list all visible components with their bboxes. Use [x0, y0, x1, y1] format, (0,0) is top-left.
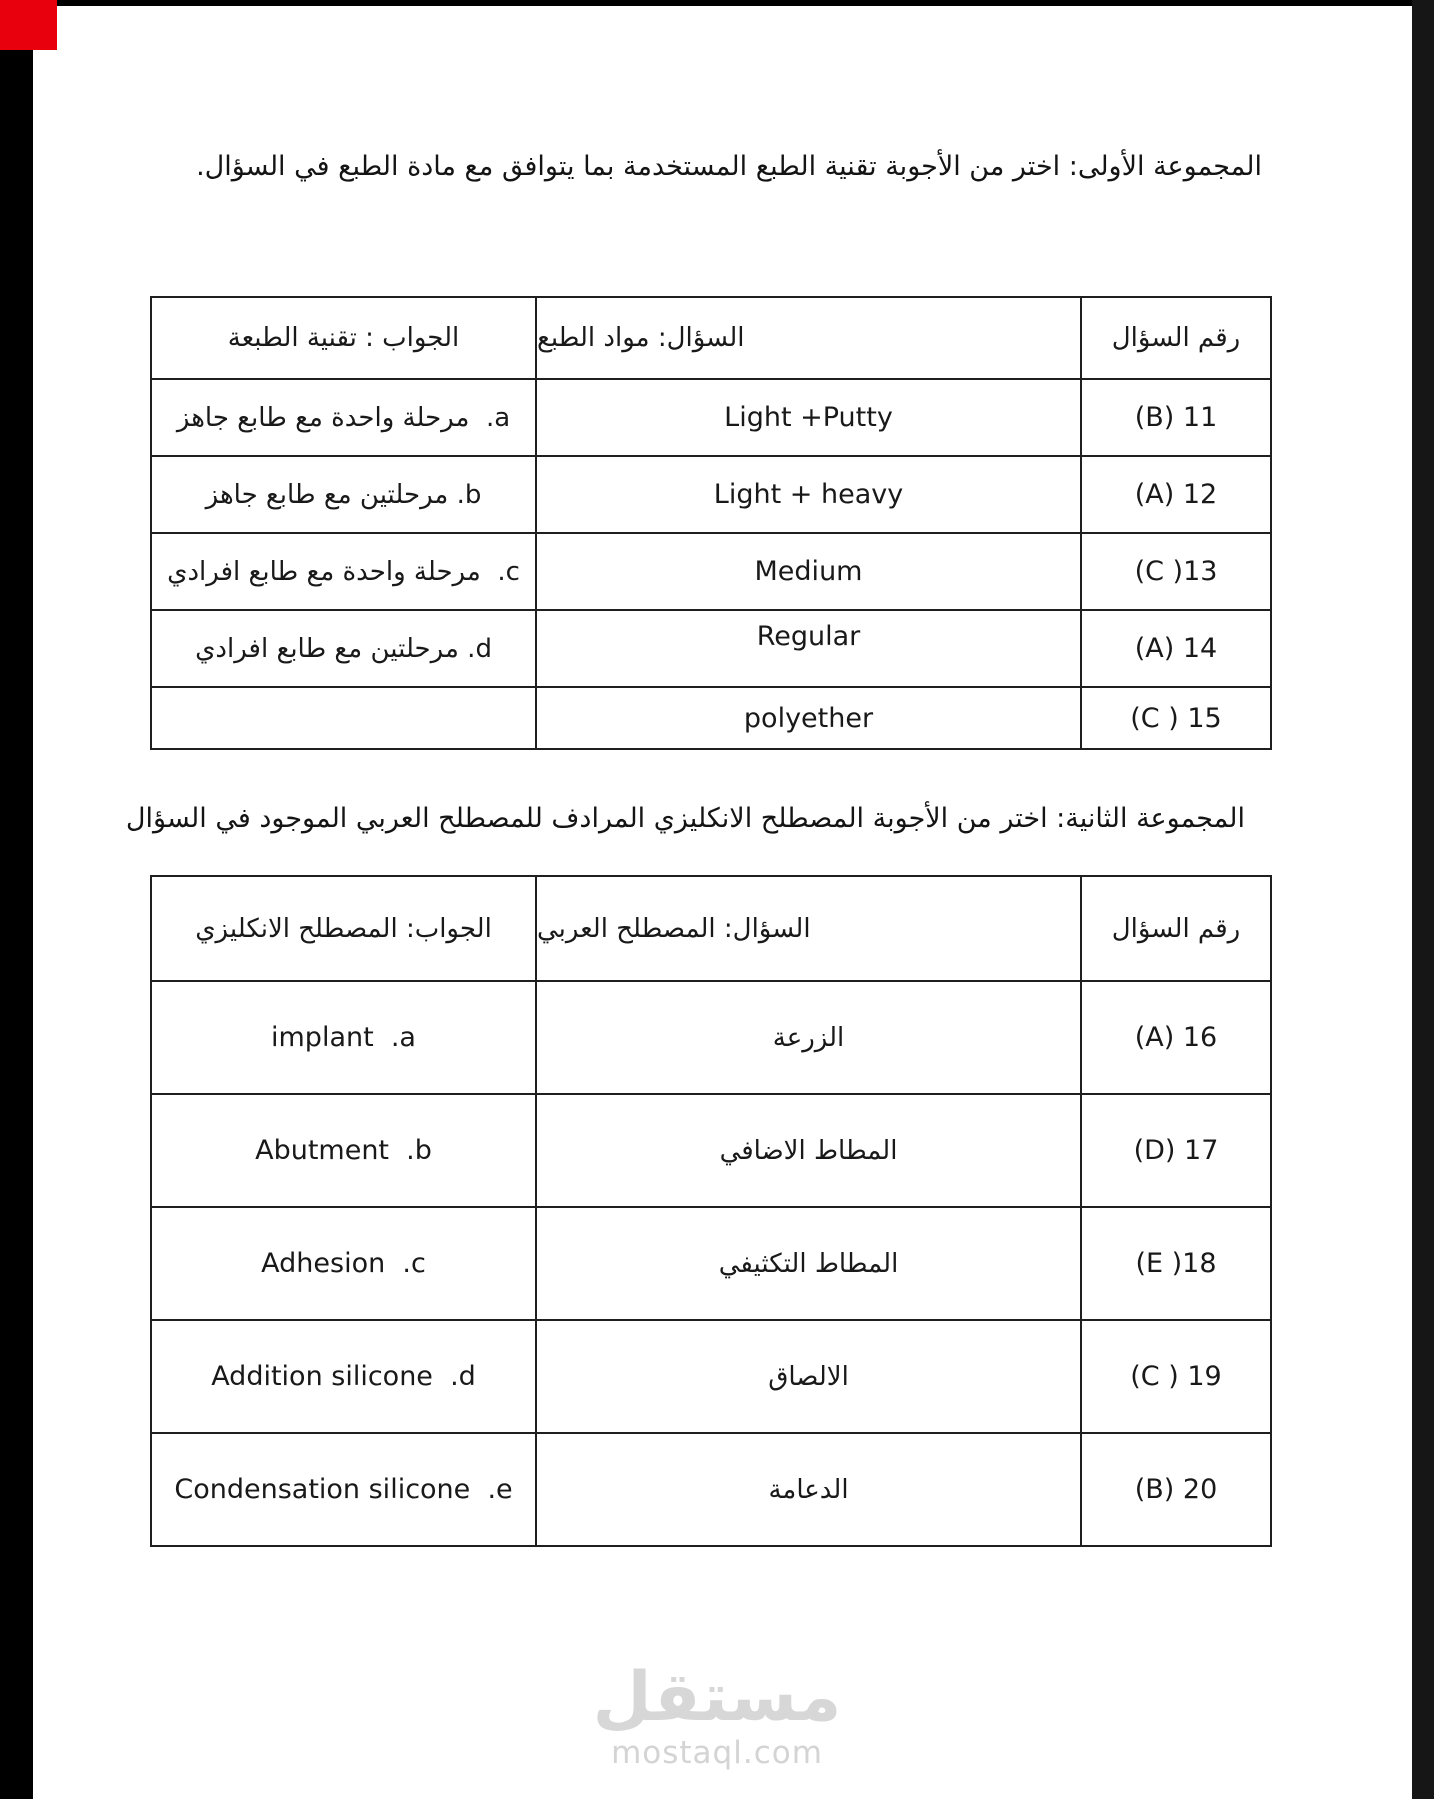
red-corner-marker [0, 0, 57, 50]
table2-row5-number: (B) 20 [1081, 1433, 1271, 1546]
table1-row1-number: (B) 11 [1081, 379, 1271, 456]
table1-header-answer: الجواب : تقنية الطبعة [151, 297, 536, 379]
table1-row4-question: Regular [536, 610, 1081, 687]
watermark: مستقل mostaql.com [0, 1662, 1434, 1771]
table1-row4-answer: d. مرحلتين مع طابع افرادي [151, 610, 536, 687]
table1-row5-question: polyether [536, 687, 1081, 749]
table1-row3-answer: c. مرحلة واحدة مع طابع افرادي [151, 533, 536, 610]
table2-row5-question: الدعامة [536, 1433, 1081, 1546]
table1-row4-number: (A) 14 [1081, 610, 1271, 687]
table1-row2-number: (A) 12 [1081, 456, 1271, 533]
section1-heading: المجموعة الأولى: اختر من الأجوبة تقنية ا… [196, 151, 1262, 182]
table1-header-question: السؤال: مواد الطبع [536, 297, 1081, 379]
document-page: المجموعة الأولى: اختر من الأجوبة تقنية ا… [0, 0, 1434, 1799]
table1-row3-number: (C )13 [1081, 533, 1271, 610]
table1-row5-number: (C ) 15 [1081, 687, 1271, 749]
table2-row1-answer: implant .a [151, 981, 536, 1094]
section2-heading: المجموعة الثانية: اختر من الأجوبة المصطل… [126, 803, 1245, 834]
table2-row3-answer: Adhesion .c [151, 1207, 536, 1320]
table2-row4-question: الالصاق [536, 1320, 1081, 1433]
table2-row2-number: (D) 17 [1081, 1094, 1271, 1207]
table1-row1-answer: a. مرحلة واحدة مع طابع جاهز [151, 379, 536, 456]
table1-row2-answer: b. مرحلتين مع طابع جاهز [151, 456, 536, 533]
table1-header-number: رقم السؤال [1081, 297, 1271, 379]
table2-terminology: الجواب: المصطلح الانكليزي السؤال: المصطل… [150, 875, 1272, 1547]
scan-edge-top [0, 0, 1434, 6]
table2-header-number: رقم السؤال [1081, 876, 1271, 981]
table1-row5-answer [151, 687, 536, 749]
table2-header-question: السؤال: المصطلح العربي [536, 876, 1081, 981]
scan-edge-left [0, 0, 33, 1799]
table2-row2-question: المطاط الاضافي [536, 1094, 1081, 1207]
table1-row1-question: Light +Putty [536, 379, 1081, 456]
table2-row3-question: المطاط التكثيفي [536, 1207, 1081, 1320]
table2-row4-number: (C ) 19 [1081, 1320, 1271, 1433]
table2-header-answer: الجواب: المصطلح الانكليزي [151, 876, 536, 981]
table1-row3-question: Medium [536, 533, 1081, 610]
table2-row1-question: الزرعة [536, 981, 1081, 1094]
table2-row5-answer: Condensation silicone .e [151, 1433, 536, 1546]
table2-row4-answer: Addition silicone .d [151, 1320, 536, 1433]
scan-edge-right [1412, 0, 1434, 1799]
mostaql-url: mostaql.com [0, 1735, 1434, 1771]
table2-row3-number: (E )18 [1081, 1207, 1271, 1320]
mostaql-logo: مستقل [0, 1662, 1434, 1733]
table1-impression-techniques: الجواب : تقنية الطبعة السؤال: مواد الطبع… [150, 296, 1272, 750]
table2-row2-answer: Abutment .b [151, 1094, 536, 1207]
table2-row1-number: (A) 16 [1081, 981, 1271, 1094]
table1-row2-question: Light + heavy [536, 456, 1081, 533]
